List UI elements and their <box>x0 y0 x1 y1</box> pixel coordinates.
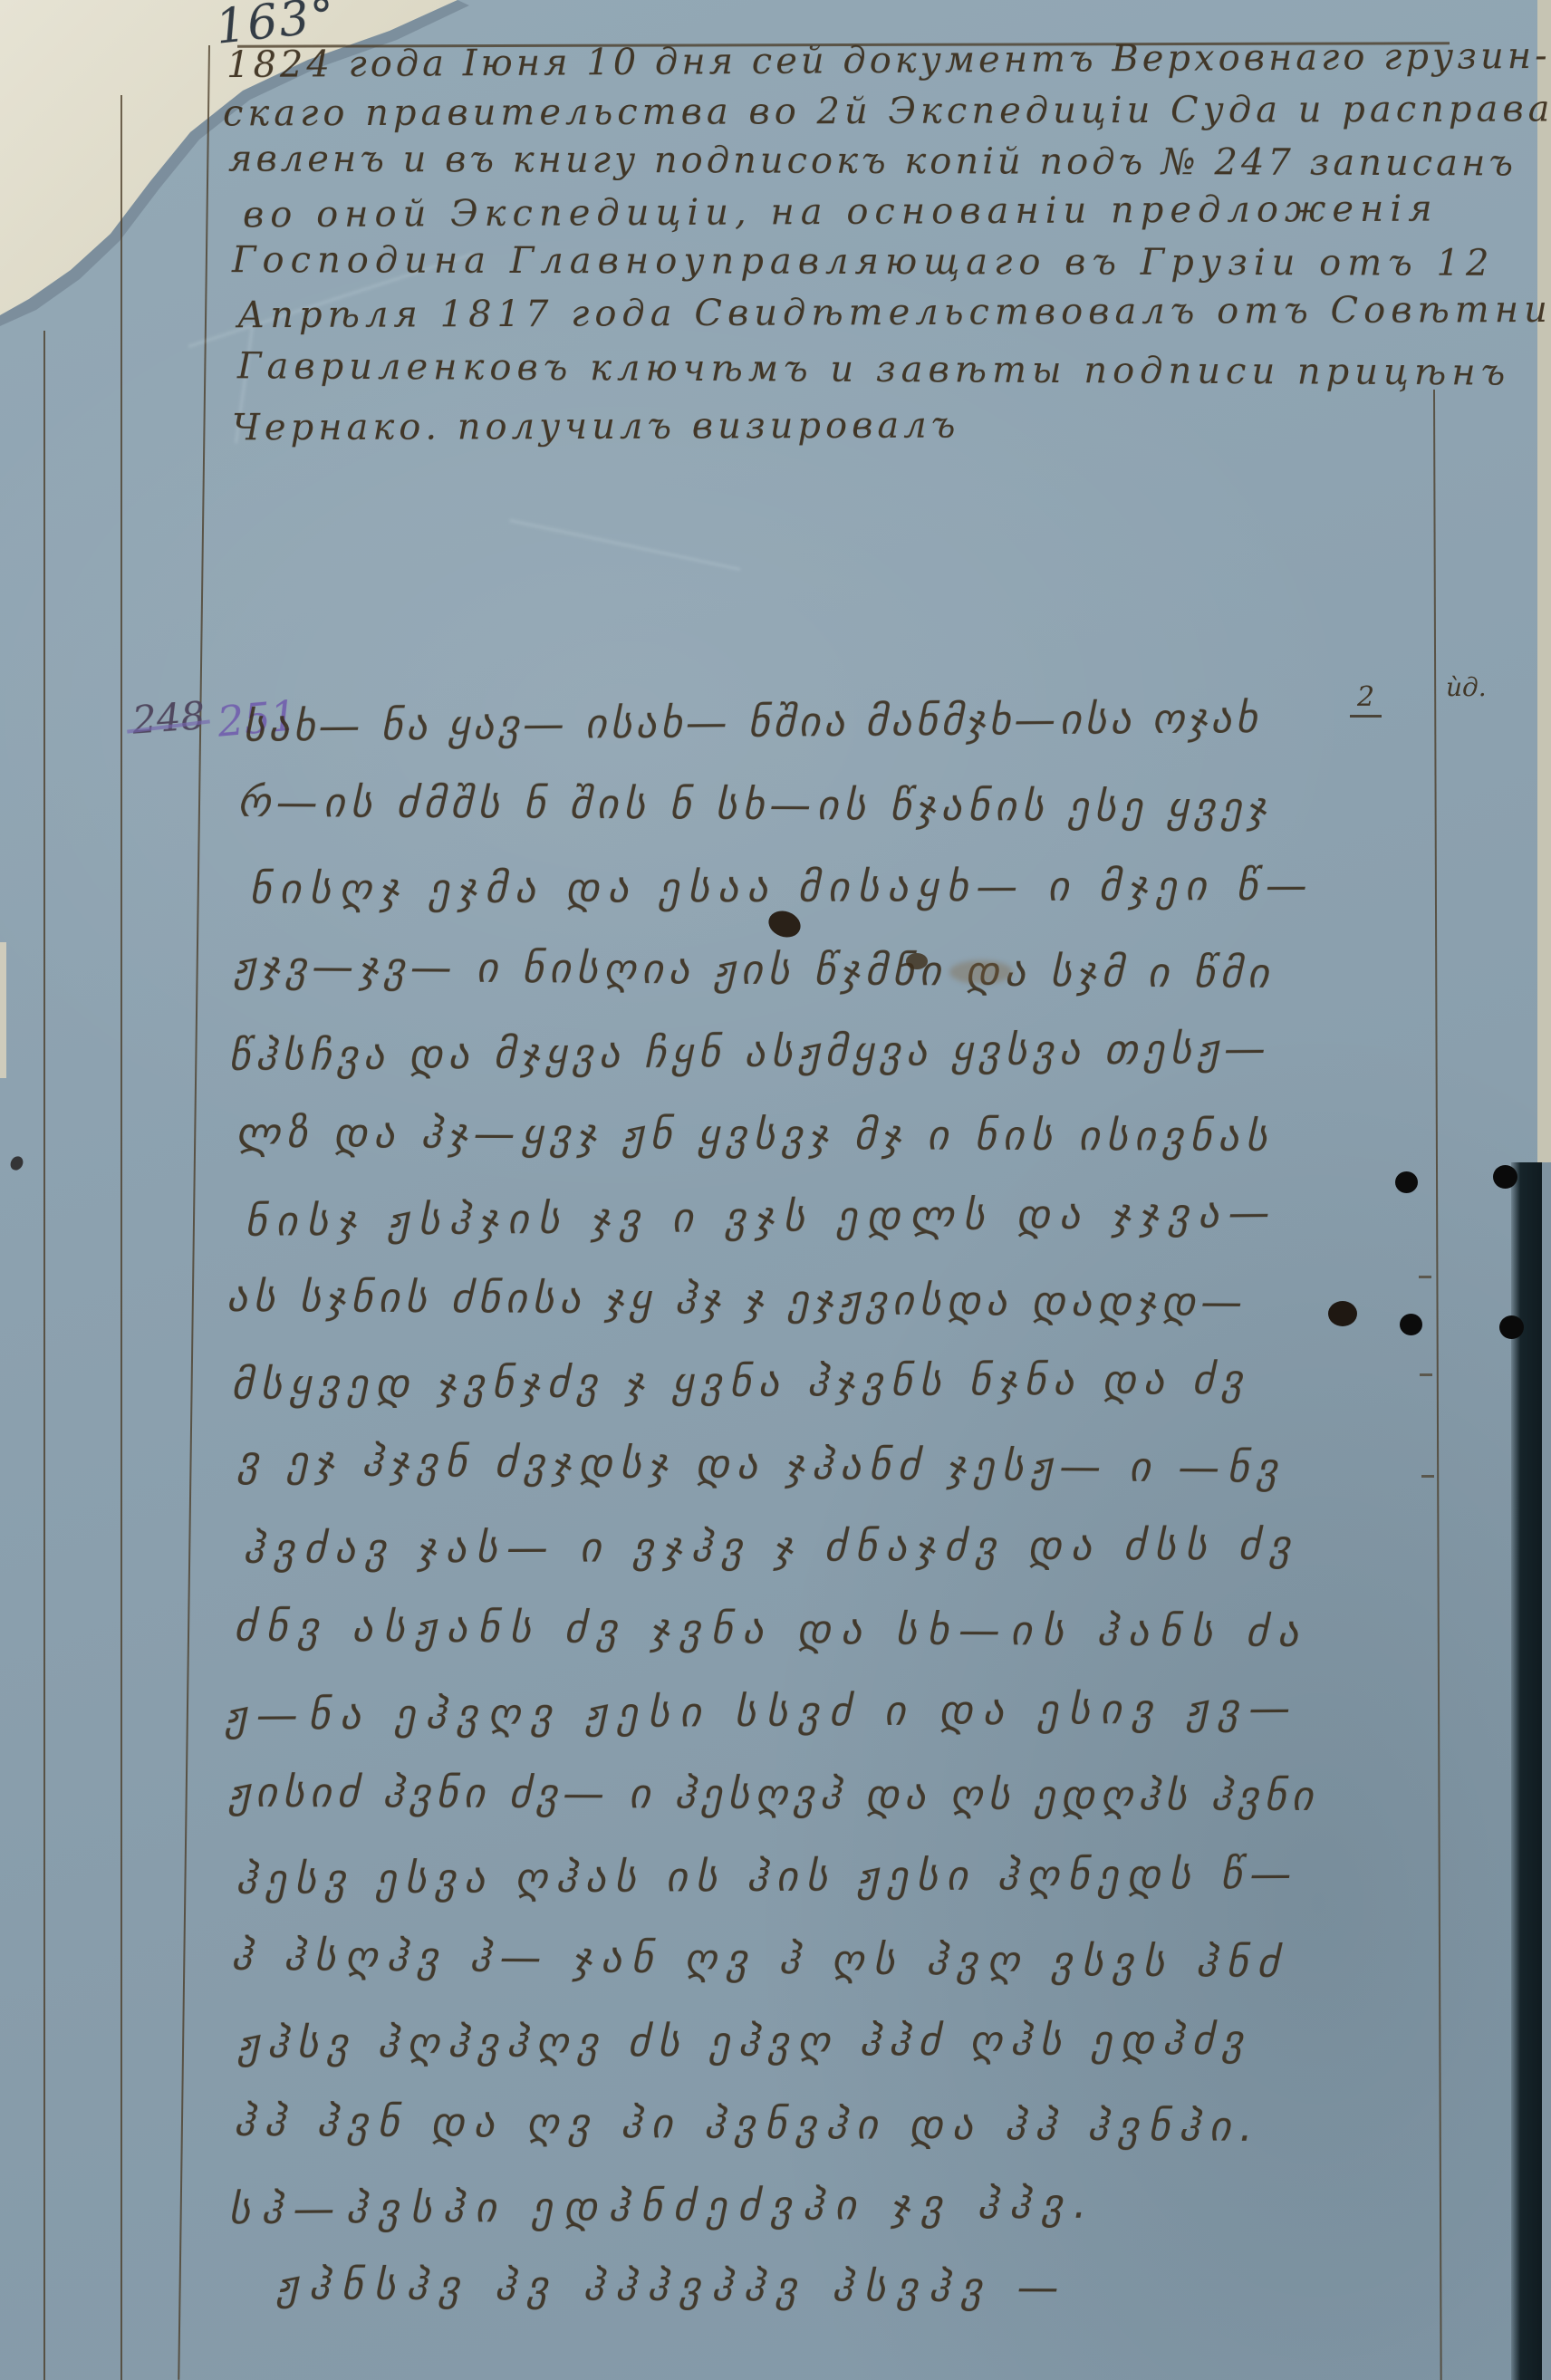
ruled-line-vertical-3 <box>178 45 210 2380</box>
georgian-line: ძნვ ასჟანს ძვ ჯვნა და სხ—ის ჰანს ძა <box>234 1602 1308 1656</box>
georgian-line: წჰსჩვა და მჯყვა ჩყნ ასჟმყვა ყვსვა თესჟ— <box>228 1024 1271 1080</box>
ink-blot <box>765 907 804 942</box>
georgian-line: ნისჯ ჟსჰჯის ჯვ ი ვჯს ედლს და ჯჯვა— <box>245 1188 1279 1246</box>
margin-tick <box>1421 1475 1434 1478</box>
georgian-line: ჰ ჰსღჰვ ჰ— ჯან ღვ ჰ ღს ჰვღ ვსვს ჰნძ <box>231 1931 1288 1987</box>
header-line: явленъ и въ книгу подписокъ копій подъ №… <box>228 139 1517 185</box>
binding-shadow-band <box>1511 1162 1542 2380</box>
georgian-line: ლზ და ჰჯ—ყვჯ ჟნ ყვსვჯ მჯ ი ნის ისივნას <box>236 1108 1274 1161</box>
georgian-line: ჰესვ ესვა ღჰას ის ჰის ჟესი ჰღნედს წ— <box>236 1849 1300 1903</box>
ink-blot <box>906 953 928 969</box>
registry-number-crossed: 248 <box>130 693 206 742</box>
punch-hole <box>1493 1165 1517 1189</box>
left-edge-backing <box>0 942 6 1078</box>
georgian-line: ჟჰსვ ჰღჰვჰღვ ძს ეჰვღ ჰჰძ ღჰს ედჰძვ <box>237 2015 1251 2067</box>
header-line: во оной Экспедиціи, на основаніи предлож… <box>243 188 1439 236</box>
right-edge-backing <box>1537 0 1551 1164</box>
ruled-line-vertical-2 <box>120 95 122 2380</box>
margin-tick <box>1419 1276 1431 1278</box>
manuscript-page: 163° 1824 года Іюня 10 дня сей документъ… <box>0 0 1551 2380</box>
header-line: скаго правительства во 2й Экспедиціи Суд… <box>223 88 1551 134</box>
margin-tick <box>1420 1373 1432 1376</box>
ink-smudge <box>949 960 1013 984</box>
georgian-line: რ—ის ძმშს ნ შის ნ სხ—ის წჯანის ესე ყვეჯ <box>237 777 1272 832</box>
georgian-line: სახ— ნა ყავ— ისახ— ნშია მანმჯხ—ისა ოჯახ <box>243 693 1261 751</box>
punch-hole <box>1395 1171 1418 1193</box>
header-line: Гавриленковъ ключѣмъ и завѣты подписи пр… <box>237 345 1510 393</box>
georgian-line: ჟისიძ ჰვნი ძვ— ი ჰესღვჰ და ღს ედღჰს ჰვნი <box>228 1768 1318 1820</box>
ink-speck <box>8 1154 25 1172</box>
georgian-line: ჟჯვ—ჯვ— ი ნისღია ჟის წჯმნი და სჯმ ი წმი <box>234 941 1275 997</box>
georgian-line: სჰ—ჰვსჰი ედჰნძეძვჰი ჯვ ჰჰვ. <box>228 2179 1098 2234</box>
ruled-line-vertical-1 <box>43 331 45 2380</box>
ink-blot <box>1328 1301 1357 1326</box>
georgian-line: ას სჯნის ძნისა ჯყ ჰჯ ჯ ეჯჟვისდა დადჯდ— <box>226 1272 1248 1326</box>
georgian-line: მსყვედ ჯვნჯძვ ჯ ყვნა ჰჯვნს ნჯნა და ძვ <box>231 1354 1250 1409</box>
georgian-line: ნისღჯ ეჯმა და ესაა მისაყხ— ი მჯეი წ— <box>249 861 1315 913</box>
georgian-line: ვ ეჯ ჰჯვნ ძვჯდსჯ და ჯჰანძ ჯესჟ— ი —ნვ <box>237 1436 1285 1492</box>
header-line: Чернако. получилъ визировалъ <box>232 405 960 449</box>
right-edge-paper <box>1542 1162 1551 2380</box>
interline-note: 2 <box>1350 681 1382 718</box>
paper-crease <box>510 519 741 571</box>
punch-hole <box>1400 1314 1422 1335</box>
header-line: Апрѣля 1817 года Свидѣтельствовалъ отъ С… <box>237 289 1551 337</box>
margin-note-right: ѝд. <box>1446 672 1487 702</box>
georgian-line: ჟჰნსჰვ ჰვ ჰჰჰვჰჰვ ჰსვჰვ — <box>276 2260 1070 2311</box>
header-line: 1824 года Іюня 10 дня сей документъ Верх… <box>226 35 1551 86</box>
header-line: Господина Главноуправляющаго въ Грузіи о… <box>232 239 1496 284</box>
punch-hole <box>1499 1315 1524 1339</box>
ruled-line-vertical-right <box>1433 390 1442 2380</box>
georgian-line: ჟ—ნა ეჰვღვ ჟესი სსვძ ი და ესივ ჟვ— <box>225 1683 1301 1739</box>
georgian-line: ჰჰ ჰვნ და ღვ ჰი ჰვნვჰი და ჰჰ ჰვნჰი. <box>234 2096 1262 2151</box>
georgian-line: ჰვძავ ჯას— ი ვჯჰვ ჯ ძნაჯძვ და ძსს ძვ <box>243 1520 1299 1573</box>
